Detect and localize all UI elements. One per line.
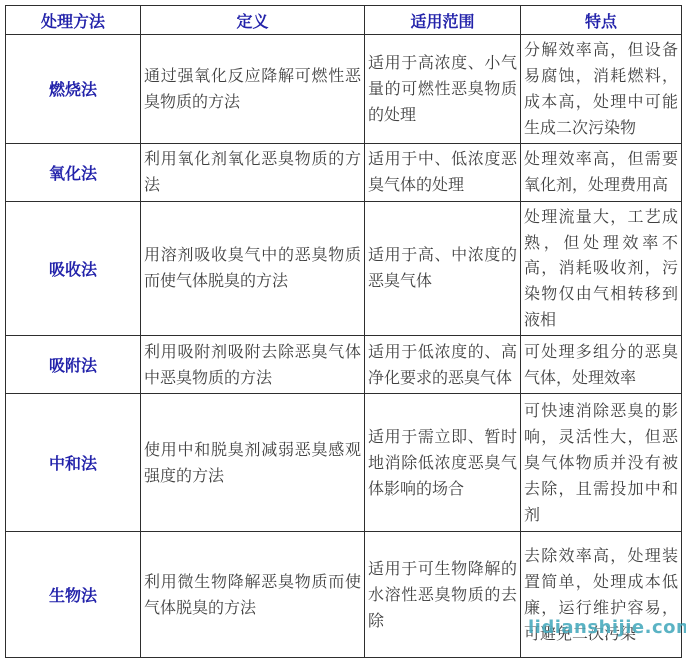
scope-cell: 适用于高浓度、小气量的可燃性恶臭物质的处理: [365, 35, 521, 144]
definition-cell: 利用氧化剂氧化恶臭物质的方法: [141, 143, 365, 201]
table-row-absorption: 吸收法 用溶剂吸收臭气中的恶臭物质而使气体脱臭的方法 适用于高、中浓度的恶臭气体…: [6, 201, 682, 336]
table-row-adsorption: 吸附法 利用吸附剂吸附去除恶臭气体中恶臭物质的方法 适用于低浓度的、高净化要求的…: [6, 336, 682, 394]
definition-cell: 用溶剂吸收臭气中的恶臭物质而使气体脱臭的方法: [141, 201, 365, 336]
method-cell: 吸收法: [6, 201, 141, 336]
features-cell: 去除效率高，处理装置简单，处理成本低廉，运行维护容易，可避免二次污染: [521, 532, 682, 658]
header-definition: 定义: [141, 6, 365, 35]
definition-cell: 使用中和脱臭剂减弱恶臭感观强度的方法: [141, 394, 365, 532]
scope-cell: 适用于中、低浓度恶臭气体的处理: [365, 143, 521, 201]
features-cell: 处理流量大，工艺成熟，但处理效率不高，消耗吸收剂，污染物仅由气相转移到液相: [521, 201, 682, 336]
definition-cell: 利用微生物降解恶臭物质而使气体脱臭的方法: [141, 532, 365, 658]
table-row-biological: 生物法 利用微生物降解恶臭物质而使气体脱臭的方法 适用于可生物降解的水溶性恶臭物…: [6, 532, 682, 658]
scope-cell: 适用于高、中浓度的恶臭气体: [365, 201, 521, 336]
header-scope: 适用范围: [365, 6, 521, 35]
header-row: 处理方法 定义 适用范围 特点: [6, 6, 682, 35]
method-cell: 吸附法: [6, 336, 141, 394]
method-cell: 中和法: [6, 394, 141, 532]
table-row-neutralization: 中和法 使用中和脱臭剂减弱恶臭感观强度的方法 适用于需立即、暂时地消除低浓度恶臭…: [6, 394, 682, 532]
method-cell: 氧化法: [6, 143, 141, 201]
definition-cell: 利用吸附剂吸附去除恶臭气体中恶臭物质的方法: [141, 336, 365, 394]
features-cell: 可处理多组分的恶臭气体，处理效率: [521, 336, 682, 394]
page: 处理方法 定义 适用范围 特点 燃烧法 通过强氧化反应降解可燃性恶臭物质的方法 …: [0, 0, 686, 658]
definition-cell: 通过强氧化反应降解可燃性恶臭物质的方法: [141, 35, 365, 144]
method-cell: 生物法: [6, 532, 141, 658]
features-cell: 分解效率高，但设备易腐蚀，消耗燃料，成本高，处理中可能生成二次污染物: [521, 35, 682, 144]
features-cell: 处理效率高，但需要氧化剂，处理费用高: [521, 143, 682, 201]
odor-treatment-table: 处理方法 定义 适用范围 特点 燃烧法 通过强氧化反应降解可燃性恶臭物质的方法 …: [5, 5, 682, 658]
scope-cell: 适用于低浓度的、高净化要求的恶臭气体: [365, 336, 521, 394]
header-features: 特点: [521, 6, 682, 35]
header-method: 处理方法: [6, 6, 141, 35]
features-cell: 可快速消除恶臭的影响，灵活性大，但恶臭气体物质并没有被去除，且需投加中和剂: [521, 394, 682, 532]
table-row-oxidation: 氧化法 利用氧化剂氧化恶臭物质的方法 适用于中、低浓度恶臭气体的处理 处理效率高…: [6, 143, 682, 201]
scope-cell: 适用于可生物降解的水溶性恶臭物质的去除: [365, 532, 521, 658]
method-cell: 燃烧法: [6, 35, 141, 144]
table-row-combustion: 燃烧法 通过强氧化反应降解可燃性恶臭物质的方法 适用于高浓度、小气量的可燃性恶臭…: [6, 35, 682, 144]
scope-cell: 适用于需立即、暂时地消除低浓度恶臭气体影响的场合: [365, 394, 521, 532]
